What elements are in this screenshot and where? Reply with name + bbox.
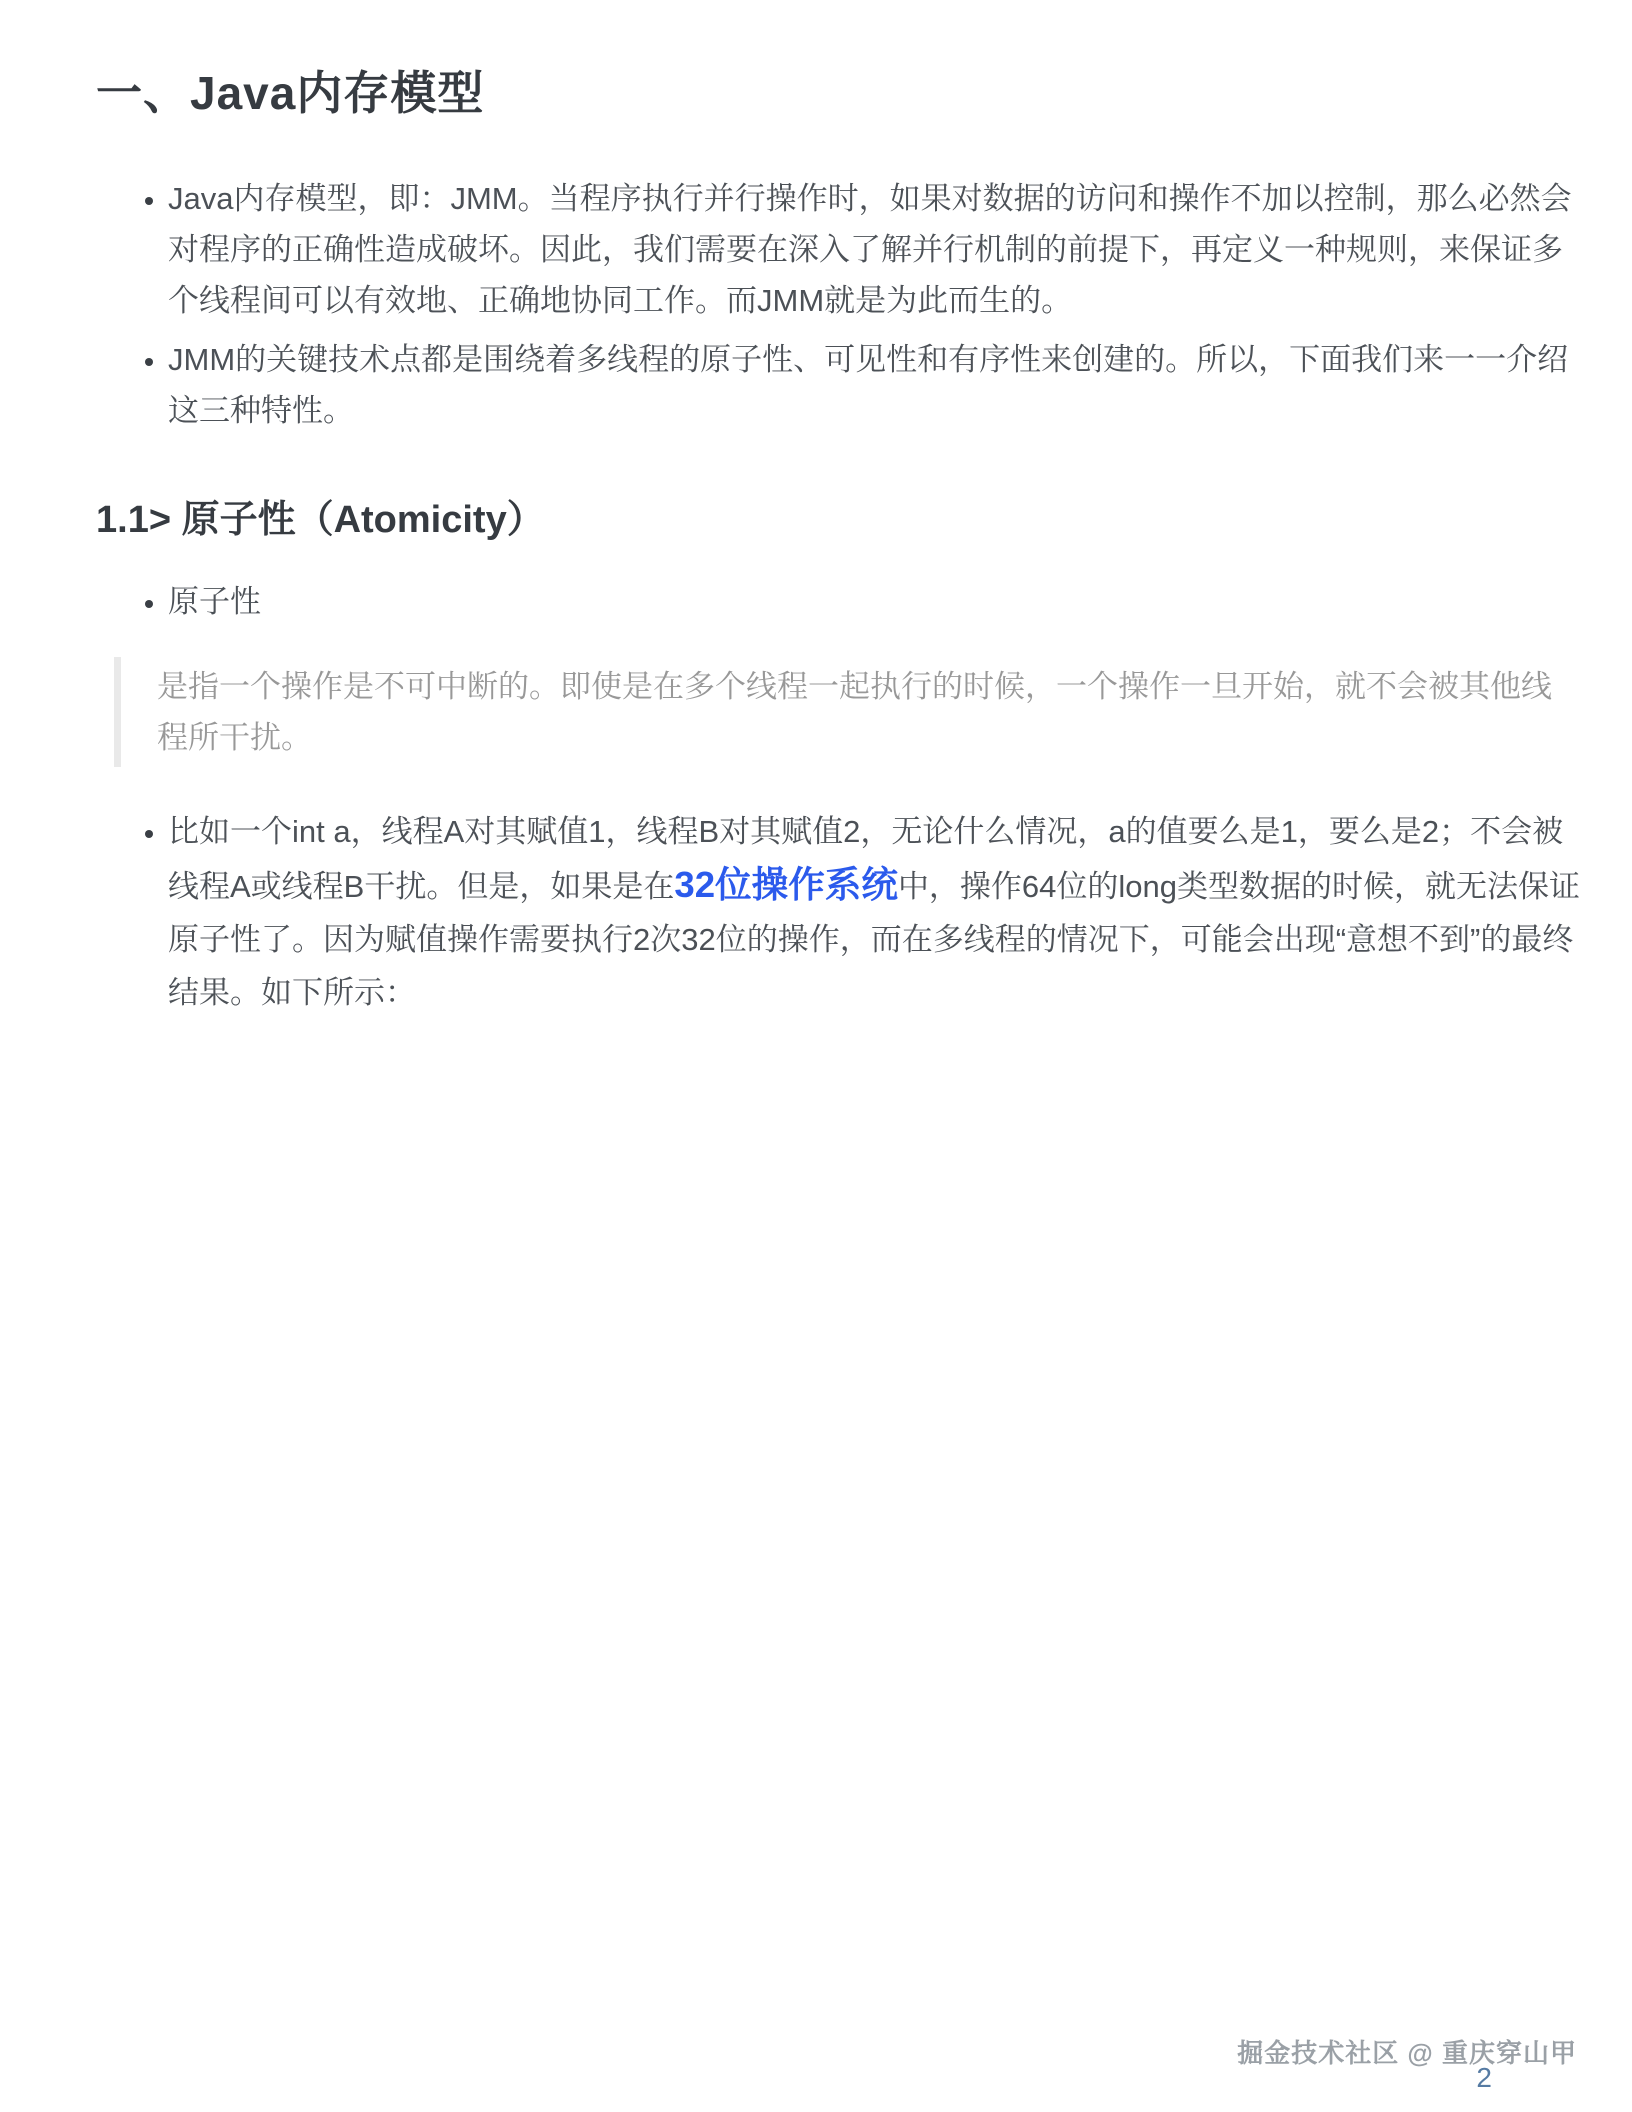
example-list: 比如一个int a，线程A对其赋值1，线程B对其赋值2，无论什么情况，a的值要么… bbox=[96, 805, 1582, 1019]
footer: 掘金技术社区 @ 重庆穿山甲 bbox=[1237, 2033, 1577, 2070]
term-list: 原子性 bbox=[96, 576, 1582, 627]
list-item: Java内存模型，即：JMM。当程序执行并行操作时，如果对数据的访问和操作不加以… bbox=[168, 173, 1582, 326]
intro-list: Java内存模型，即：JMM。当程序执行并行操作时，如果对数据的访问和操作不加以… bbox=[96, 173, 1582, 436]
section-heading-atomicity: 1.1> 原子性（Atomicity） bbox=[96, 498, 1582, 544]
page-title: 一、Java内存模型 bbox=[96, 66, 1582, 121]
document-page: 一、Java内存模型 Java内存模型，即：JMM。当程序执行并行操作时，如果对… bbox=[0, 0, 1632, 1019]
page-number: 2 bbox=[1476, 2062, 1492, 2094]
os-32bit-link[interactable]: 32位操作系统 bbox=[674, 864, 898, 905]
list-item: JMM的关键技术点都是围绕着多线程的原子性、可见性和有序性来创建的。所以，下面我… bbox=[168, 334, 1582, 436]
list-item-example: 比如一个int a，线程A对其赋值1，线程B对其赋值2，无论什么情况，a的值要么… bbox=[168, 805, 1582, 1019]
footer-watermark: 掘金技术社区 @ 重庆穿山甲 bbox=[1237, 2038, 1577, 2068]
list-item-term: 原子性 bbox=[168, 576, 1582, 627]
quote-block: 是指一个操作是不可中断的。即使是在多个线程一起执行的时候，一个操作一旦开始，就不… bbox=[114, 657, 1582, 767]
